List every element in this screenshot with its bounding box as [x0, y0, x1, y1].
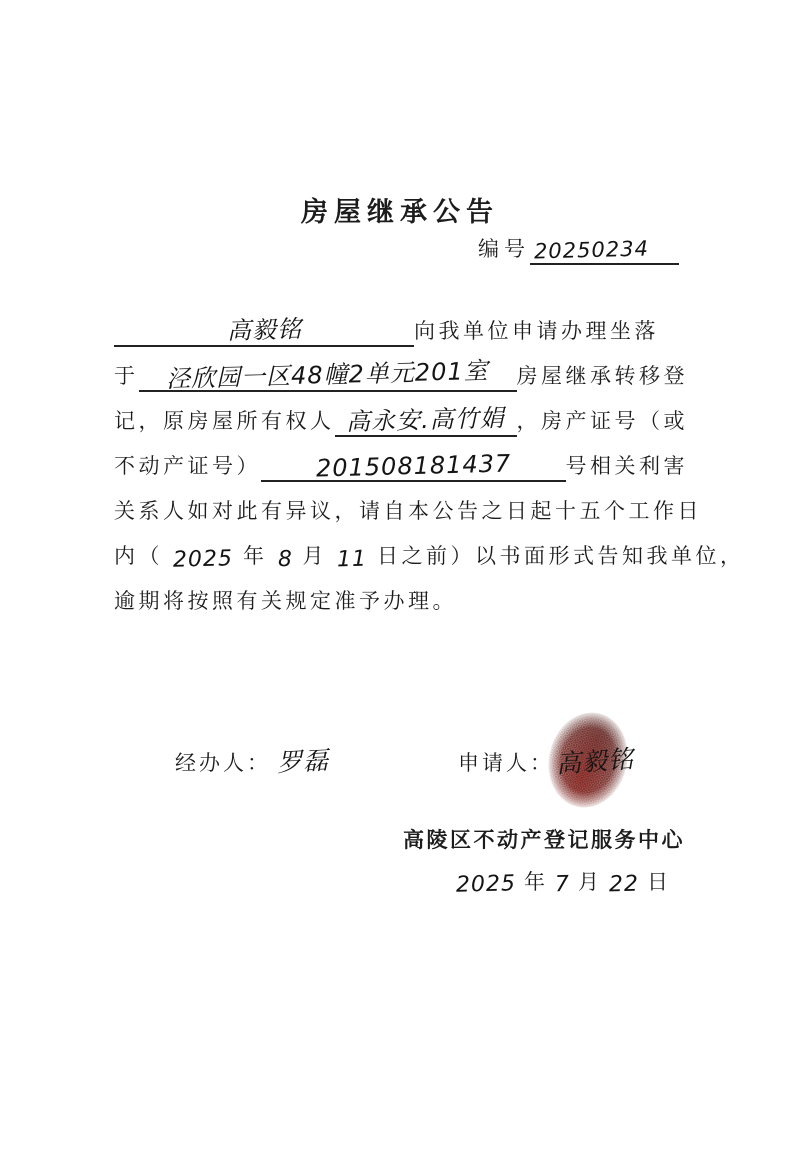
date-month-handwritten: 7	[547, 872, 579, 898]
body-line-3: 记，原房屋所有权人 高永安.高竹娟 ，房产证号（或	[114, 392, 688, 437]
scanned-document-page: 房屋继承公告 编号 20250234 高毅铭 向我单位申请办理坐落 于 泾欣园一…	[0, 0, 800, 1167]
body-line-3-suffix: ，房产证号（或	[517, 405, 689, 437]
date-year-label: 年	[524, 866, 547, 897]
body-line-6-prefix: 内（	[114, 540, 163, 572]
document-title: 房屋继承公告	[0, 190, 800, 229]
applicant-label: 申请人：	[458, 751, 554, 775]
date-day-handwritten: 22	[601, 871, 648, 897]
applicant-name-handwritten: 高毅铭	[226, 310, 302, 346]
year-label: 年	[243, 540, 268, 572]
handler-label: 经办人：	[175, 751, 271, 775]
serial-label: 编号	[478, 233, 530, 265]
body-line-7: 逾期将按照有关规定准予办理。	[114, 572, 688, 617]
body-line-2: 于 泾欣园一区48幢2单元201室 房屋继承转移登	[114, 347, 688, 392]
notice-body: 高毅铭 向我单位申请办理坐落 于 泾欣园一区48幢2单元201室 房屋继承转移登…	[114, 302, 688, 617]
applicant-name-blank: 高毅铭	[114, 310, 414, 347]
date-year-handwritten: 2025	[448, 871, 525, 898]
body-line-5: 关系人如对此有异议，请自本公告之日起十五个工作日	[114, 482, 688, 527]
date-month-label: 月	[578, 866, 601, 897]
body-line-4-prefix: 不动产证号）	[114, 450, 261, 482]
date-day-label: 日	[647, 866, 670, 897]
applicant-signature-handwritten: 高毅铭	[555, 739, 635, 780]
property-address-handwritten: 泾欣园一区48幢2单元201室	[166, 355, 489, 392]
serial-value-blank: 20250234	[530, 238, 679, 265]
handler-signature-handwritten: 罗磊	[276, 741, 330, 780]
month-label: 月	[303, 540, 328, 572]
document-date: 2025 年 7 月 22 日	[448, 866, 670, 897]
original-owners-blank: 高永安.高竹娟	[335, 400, 517, 437]
body-line-6-suffix: 日之前）以书面形式告知我单位，	[377, 540, 745, 572]
body-line-4-suffix: 号相关利害	[566, 450, 689, 482]
body-line-5-print: 关系人如对此有异议，请自本公告之日起十五个工作日	[114, 495, 702, 527]
certificate-number-blank: 201508181437	[261, 452, 566, 482]
deadline-year-handwritten: 2025	[163, 546, 244, 573]
serial-value-handwritten: 20250234	[534, 237, 649, 264]
property-address-blank: 泾欣园一区48幢2单元201室	[139, 355, 517, 392]
applicant-signature-row: 申请人：高毅铭	[458, 742, 634, 778]
handler-signature-row: 经办人：罗磊	[175, 742, 329, 778]
body-line-2-prefix: 于	[114, 360, 139, 392]
body-line-1: 高毅铭 向我单位申请办理坐落	[114, 302, 688, 347]
certificate-number-handwritten: 201508181437	[315, 452, 511, 482]
body-line-2-suffix: 房屋继承转移登	[517, 360, 689, 392]
deadline-month-handwritten: 8	[267, 547, 303, 573]
body-line-1-print: 向我单位申请办理坐落	[414, 315, 659, 347]
body-line-7-print: 逾期将按照有关规定准予办理。	[114, 585, 457, 617]
deadline-day-handwritten: 11	[327, 546, 378, 572]
issuing-organization: 高陵区不动产登记服务中心	[398, 824, 690, 854]
serial-number-row: 编号 20250234	[478, 233, 679, 265]
body-line-4: 不动产证号） 201508181437 号相关利害	[114, 437, 688, 482]
body-line-3-prefix: 记，原房屋所有权人	[114, 405, 335, 437]
body-line-6: 内（ 2025 年 8 月 11 日之前）以书面形式告知我单位，	[114, 527, 688, 572]
original-owners-handwritten: 高永安.高竹娟	[346, 400, 506, 437]
